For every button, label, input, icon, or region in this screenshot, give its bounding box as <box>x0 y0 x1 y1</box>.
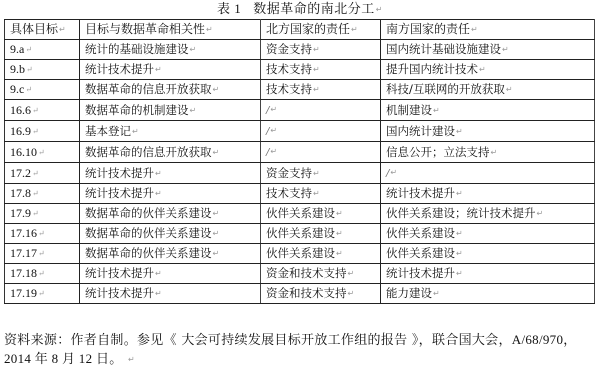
table-row: 9.c↵数据革命的信息开放获取↵技术支持↵科技/互联网的开放获取↵ <box>5 80 595 100</box>
cell-north-responsibility: 技术支持↵ <box>261 184 381 204</box>
paragraph-mark-icon: ↵ <box>270 126 277 135</box>
table-row: 16.9↵基本登记↵/↵国内统计建设↵ <box>5 121 595 142</box>
source-line-1: 资料来源：作者自制。参见《 大会可持续发展目标开放工作组的报告 》，联合国大会，… <box>4 331 596 350</box>
paragraph-mark-icon: ↵ <box>155 269 162 278</box>
paragraph-mark-icon: ↵ <box>32 106 39 115</box>
paragraph-mark-icon: ↵ <box>456 269 463 278</box>
cell-north-responsibility: 伙伴关系建设↵ <box>261 244 381 264</box>
header-target: 具体目标↵ <box>5 20 80 40</box>
paragraph-mark-icon: ↵ <box>213 85 220 94</box>
cell-target: 17.16↵ <box>5 224 80 244</box>
paragraph-mark-icon: ↵ <box>155 169 162 178</box>
header-relevance: 目标与数据革命相关性↵ <box>80 20 261 40</box>
paragraph-mark-icon: ↵ <box>32 209 39 218</box>
paragraph-mark-icon: ↵ <box>128 355 135 364</box>
cell-relevance: 数据革命的伙伴关系建设↵ <box>80 244 261 264</box>
table-row: 16.10↵数据革命的信息开放获取↵/↵信息公开；立法支持↵ <box>5 142 595 163</box>
paragraph-mark-icon: ↵ <box>390 168 397 177</box>
cell-south-responsibility: 国内统计建设↵ <box>381 121 595 142</box>
paragraph-mark-icon: ↵ <box>502 45 509 54</box>
cell-relevance: 数据革命的信息开放获取↵ <box>80 80 261 100</box>
cell-north-responsibility: 资金和技术支持↵ <box>261 264 381 284</box>
cell-target: 16.10↵ <box>5 142 80 163</box>
paragraph-mark-icon: ↵ <box>32 189 39 198</box>
cell-target: 17.8↵ <box>5 184 80 204</box>
cell-relevance: 数据革命的伙伴关系建设↵ <box>80 224 261 244</box>
cell-relevance: 统计技术提升↵ <box>80 60 261 80</box>
cell-south-responsibility: /↵ <box>381 163 595 184</box>
cell-south-responsibility: 机制建设↵ <box>381 100 595 121</box>
cell-target: 9.a↵ <box>5 40 80 60</box>
paragraph-mark-icon: ↵ <box>270 147 277 156</box>
cell-target: 17.17↵ <box>5 244 80 264</box>
cell-north-responsibility: 资金支持↵ <box>261 163 381 184</box>
paragraph-mark-icon: ↵ <box>26 65 33 74</box>
paragraph-mark-icon: ↵ <box>479 65 486 74</box>
paragraph-mark-icon: ↵ <box>32 127 39 136</box>
table-row: 16.6↵数据革命的机制建设↵/↵机制建设↵ <box>5 100 595 121</box>
paragraph-mark-icon: ↵ <box>351 25 358 34</box>
table-row: 17.18↵统计技术提升↵资金和技术支持↵统计技术提升↵ <box>5 264 595 284</box>
cell-south-responsibility: 科技/互联网的开放获取↵ <box>381 80 595 100</box>
paragraph-mark-icon: ↵ <box>38 289 45 298</box>
cell-north-responsibility: 技术支持↵ <box>261 60 381 80</box>
paragraph-mark-icon: ↵ <box>25 45 32 54</box>
paragraph-mark-icon: ↵ <box>336 249 343 258</box>
cell-south-responsibility: 伙伴关系建设↵ <box>381 224 595 244</box>
paragraph-mark-icon: ↵ <box>155 65 162 74</box>
table-row: 17.2↵统计技术提升↵资金支持↵/↵ <box>5 163 595 184</box>
cell-south-responsibility: 伙伴关系建设；统计技术提升↵ <box>381 204 595 224</box>
cell-relevance: 统计技术提升↵ <box>80 163 261 184</box>
paragraph-mark-icon: ↵ <box>38 269 45 278</box>
cell-target: 17.18↵ <box>5 264 80 284</box>
paragraph-mark-icon: ↵ <box>25 85 32 94</box>
paragraph-mark-icon: ↵ <box>190 106 197 115</box>
cell-relevance: 数据革命的机制建设↵ <box>80 100 261 121</box>
cell-relevance: 数据革命的伙伴关系建设↵ <box>80 204 261 224</box>
paragraph-mark-icon: ↵ <box>213 209 220 218</box>
paragraph-mark-icon: ↵ <box>491 148 498 157</box>
header-south-responsibility: 南方国家的责任↵ <box>381 20 595 40</box>
paragraph-mark-icon: ↵ <box>348 269 355 278</box>
cell-north-responsibility: /↵ <box>261 100 381 121</box>
cell-relevance: 数据革命的信息开放获取↵ <box>80 142 261 163</box>
table-row: 17.19↵统计技术提升↵资金和技术支持↵能力建设↵ <box>5 284 595 304</box>
table-row: 17.17↵数据革命的伙伴关系建设↵伙伴关系建设↵伙伴关系建设↵ <box>5 244 595 264</box>
cell-target: 17.9↵ <box>5 204 80 224</box>
cell-relevance: 统计的基础设施建设↵ <box>80 40 261 60</box>
paragraph-mark-icon: ↵ <box>313 169 320 178</box>
paragraph-mark-icon: ↵ <box>313 85 320 94</box>
paragraph-mark-icon: ↵ <box>471 25 478 34</box>
table-header-row: 具体目标↵ 目标与数据革命相关性↵ 北方国家的责任↵ 南方国家的责任↵ <box>5 20 595 40</box>
paragraph-mark-icon: ↵ <box>155 289 162 298</box>
paragraph-mark-icon: ↵ <box>537 209 544 218</box>
cell-target: 17.19↵ <box>5 284 80 304</box>
table-row: 9.b↵统计技术提升↵技术支持↵提升国内统计技术↵ <box>5 60 595 80</box>
cell-north-responsibility: /↵ <box>261 121 381 142</box>
cell-relevance: 统计技术提升↵ <box>80 184 261 204</box>
header-north-responsibility: 北方国家的责任↵ <box>261 20 381 40</box>
table-caption: 表 1数据革命的南北分工↵ <box>0 1 600 18</box>
cell-relevance: 统计技术提升↵ <box>80 284 261 304</box>
cell-south-responsibility: 能力建设↵ <box>381 284 595 304</box>
cell-target: 9.b↵ <box>5 60 80 80</box>
table-body: 9.a↵统计的基础设施建设↵资金支持↵国内统计基础设施建设↵9.b↵统计技术提升… <box>5 40 595 304</box>
cell-north-responsibility: /↵ <box>261 142 381 163</box>
paragraph-mark-icon: ↵ <box>456 229 463 238</box>
cell-relevance: 统计技术提升↵ <box>80 264 261 284</box>
paragraph-mark-icon: ↵ <box>313 65 320 74</box>
paragraph-mark-icon: ↵ <box>313 189 320 198</box>
document-code: A/68/970 <box>512 332 564 347</box>
source-line-2: 2014 年 8 月 12 日。 ↵ <box>4 350 596 369</box>
cell-north-responsibility: 伙伴关系建设↵ <box>261 224 381 244</box>
cell-south-responsibility: 信息公开；立法支持↵ <box>381 142 595 163</box>
paragraph-mark-icon: ↵ <box>38 249 45 258</box>
paragraph-mark-icon: ↵ <box>132 127 139 136</box>
cell-north-responsibility: 资金和技术支持↵ <box>261 284 381 304</box>
table-title: 数据革命的南北分工 <box>253 2 375 17</box>
paragraph-mark-icon: ↵ <box>190 45 197 54</box>
paragraph-mark-icon: ↵ <box>59 25 66 34</box>
paragraph-mark-icon: ↵ <box>506 85 513 94</box>
table-row: 17.16↵数据革命的伙伴关系建设↵伙伴关系建设↵伙伴关系建设↵ <box>5 224 595 244</box>
paragraph-mark-icon: ↵ <box>213 229 220 238</box>
table-row: 17.8↵统计技术提升↵技术支持↵统计技术提升↵ <box>5 184 595 204</box>
cell-target: 16.6↵ <box>5 100 80 121</box>
paragraph-mark-icon: ↵ <box>433 106 440 115</box>
table-number: 表 1 <box>217 1 241 16</box>
paragraph-mark-icon: ↵ <box>348 289 355 298</box>
north-south-division-table: 具体目标↵ 目标与数据革命相关性↵ 北方国家的责任↵ 南方国家的责任↵ 9.a↵… <box>4 19 595 304</box>
paragraph-mark-icon: ↵ <box>456 189 463 198</box>
paragraph-mark-icon: ↵ <box>38 148 45 157</box>
paragraph-mark-icon: ↵ <box>155 189 162 198</box>
cell-south-responsibility: 统计技术提升↵ <box>381 264 595 284</box>
cell-target: 9.c↵ <box>5 80 80 100</box>
cell-north-responsibility: 技术支持↵ <box>261 80 381 100</box>
cell-north-responsibility: 资金支持↵ <box>261 40 381 60</box>
cell-south-responsibility: 伙伴关系建设↵ <box>381 244 595 264</box>
paragraph-mark-icon: ↵ <box>376 5 383 14</box>
cell-relevance: 基本登记↵ <box>80 121 261 142</box>
paragraph-mark-icon: ↵ <box>270 105 277 114</box>
paragraph-mark-icon: ↵ <box>32 169 39 178</box>
source-note: 资料来源：作者自制。参见《 大会可持续发展目标开放工作组的报告 》，联合国大会，… <box>4 331 596 369</box>
paragraph-mark-icon: ↵ <box>456 249 463 258</box>
paragraph-mark-icon: ↵ <box>213 249 220 258</box>
cell-north-responsibility: 伙伴关系建设↵ <box>261 204 381 224</box>
cell-south-responsibility: 国内统计基础设施建设↵ <box>381 40 595 60</box>
cell-south-responsibility: 统计技术提升↵ <box>381 184 595 204</box>
paragraph-mark-icon: ↵ <box>38 229 45 238</box>
table-row: 9.a↵统计的基础设施建设↵资金支持↵国内统计基础设施建设↵ <box>5 40 595 60</box>
paragraph-mark-icon: ↵ <box>206 25 213 34</box>
paragraph-mark-icon: ↵ <box>456 127 463 136</box>
cell-target: 16.9↵ <box>5 121 80 142</box>
paragraph-mark-icon: ↵ <box>433 289 440 298</box>
paragraph-mark-icon: ↵ <box>336 209 343 218</box>
cell-target: 17.2↵ <box>5 163 80 184</box>
paragraph-mark-icon: ↵ <box>313 45 320 54</box>
paragraph-mark-icon: ↵ <box>213 148 220 157</box>
cell-south-responsibility: 提升国内统计技术↵ <box>381 60 595 80</box>
paragraph-mark-icon: ↵ <box>336 229 343 238</box>
table-row: 17.9↵数据革命的伙伴关系建设↵伙伴关系建设↵伙伴关系建设；统计技术提升↵ <box>5 204 595 224</box>
